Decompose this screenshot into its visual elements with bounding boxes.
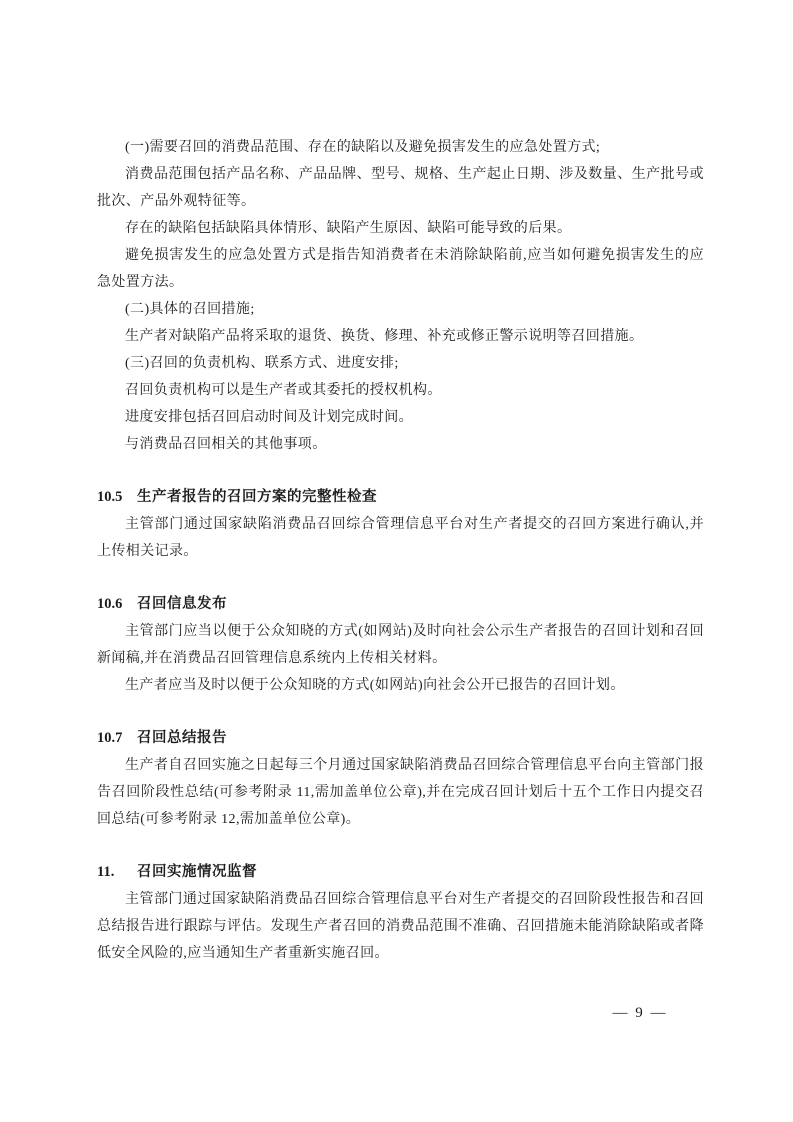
body-paragraph: 进度安排包括召回启动时间及计划完成时间。 [97, 404, 704, 431]
section-heading: 10.7召回总结报告 [97, 725, 704, 752]
section-heading: 10.5生产者报告的召回方案的完整性检查 [97, 484, 704, 511]
body-paragraph: 主管部门通过国家缺陷消费品召回综合管理信息平台对生产者提交的召回方案进行确认,并… [97, 511, 704, 565]
section-heading: 10.6召回信息发布 [97, 591, 704, 618]
body-paragraph: 生产者应当及时以便于公众知晓的方式(如网站)向社会公开已报告的召回计划。 [97, 672, 704, 699]
section-title: 召回总结报告 [137, 730, 227, 746]
body-paragraph: 生产者自召回实施之日起每三个月通过国家缺陷消费品召回综合管理信息平台向主管部门报… [97, 752, 704, 833]
body-paragraph: (二)具体的召回措施; [97, 296, 704, 323]
body-paragraph: 主管部门通过国家缺陷消费品召回综合管理信息平台对生产者提交的召回阶段性报告和召回… [97, 886, 704, 967]
section-title: 召回实施情况监督 [137, 864, 257, 880]
body-paragraph: 生产者对缺陷产品将采取的退货、换货、修理、补充或修正警示说明等召回措施。 [97, 323, 704, 350]
section-number: 10.7 [97, 725, 137, 752]
section-11: 11.召回实施情况监督 主管部门通过国家缺陷消费品召回综合管理信息平台对生产者提… [97, 859, 704, 967]
section-10-7: 10.7召回总结报告 生产者自召回实施之日起每三个月通过国家缺陷消费品召回综合管… [97, 725, 704, 833]
body-paragraph: 主管部门应当以便于公众知晓的方式(如网站)及时向社会公示生产者报告的召回计划和召… [97, 618, 704, 672]
page-number: — 9 — [592, 1001, 688, 1025]
body-paragraph: 与消费品召回相关的其他事项。 [97, 431, 704, 458]
section-number: 11. [97, 859, 137, 886]
section-title: 召回信息发布 [137, 596, 227, 612]
body-paragraph: 避免损害发生的应急处置方式是指告知消费者在未消除缺陷前,应当如何避免损害发生的应… [97, 242, 704, 296]
body-paragraph: 消费品范围包括产品名称、产品品牌、型号、规格、生产起止日期、涉及数量、生产批号或… [97, 161, 704, 215]
body-paragraph: (三)召回的负责机构、联系方式、进度安排; [97, 350, 704, 377]
section-heading: 11.召回实施情况监督 [97, 859, 704, 886]
body-paragraph: 召回负责机构可以是生产者或其委托的授权机构。 [97, 377, 704, 404]
document-page: (一)需要召回的消费品范围、存在的缺陷以及避免损害发生的应急处置方式; 消费品范… [0, 0, 793, 1122]
section-number: 10.6 [97, 591, 137, 618]
document-content: (一)需要召回的消费品范围、存在的缺陷以及避免损害发生的应急处置方式; 消费品范… [97, 134, 704, 967]
section-10-6: 10.6召回信息发布 主管部门应当以便于公众知晓的方式(如网站)及时向社会公示生… [97, 591, 704, 699]
section-title: 生产者报告的召回方案的完整性检查 [137, 489, 377, 505]
body-paragraph: (一)需要召回的消费品范围、存在的缺陷以及避免损害发生的应急处置方式; [97, 134, 704, 161]
body-paragraph: 存在的缺陷包括缺陷具体情形、缺陷产生原因、缺陷可能导致的后果。 [97, 215, 704, 242]
section-number: 10.5 [97, 484, 137, 511]
section-10-5: 10.5生产者报告的召回方案的完整性检查 主管部门通过国家缺陷消费品召回综合管理… [97, 484, 704, 565]
